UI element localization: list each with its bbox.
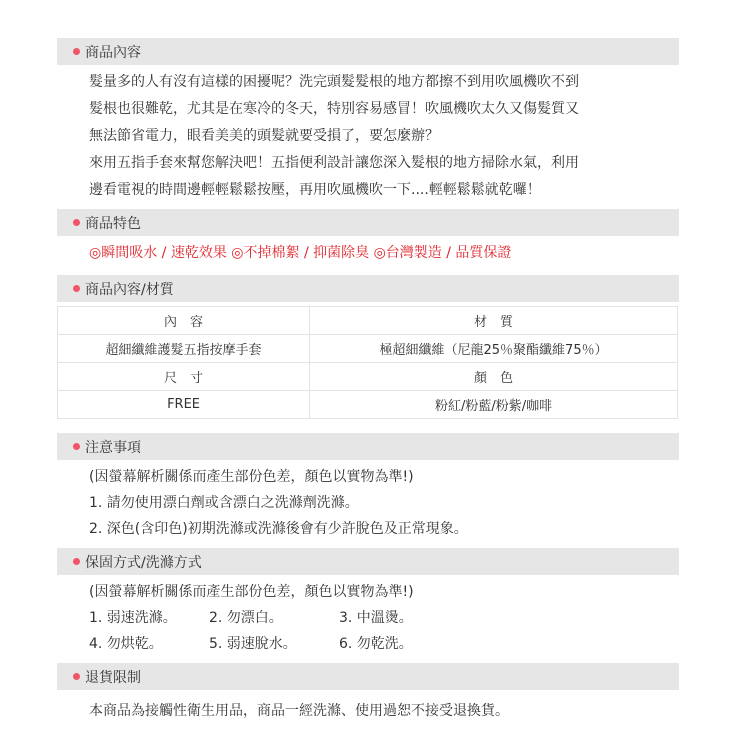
content-line: 來用五指手套來幫您解決吧！五指便利設計讓您深入髮根的地方掃除水氣，利用 xyxy=(89,150,679,177)
care-item: 3. 中溫燙。 xyxy=(339,605,413,631)
product-description: 商品內容 髮量多的人有沒有這樣的困擾呢？洗完頭髮髮根的地方都擦不到用吹風機吹不到… xyxy=(57,38,679,725)
section-title: 退貨限制 xyxy=(85,667,141,687)
features-text: ◎瞬間吸水 / 速乾效果 ◎不掉棉絮 / 抑菌除臭 ◎台灣製造 / 品質保證 xyxy=(57,236,679,275)
content-line: 髮量多的人有沒有這樣的困擾呢？洗完頭髮髮根的地方都擦不到用吹風機吹不到 xyxy=(89,69,679,96)
content-text: 髮量多的人有沒有這樣的困擾呢？洗完頭髮髮根的地方都擦不到用吹風機吹不到 髮根也很… xyxy=(57,65,679,209)
table-row: FREE 粉紅/粉藍/粉紫/咖啡 xyxy=(58,391,678,419)
table-row: 尺 寸 顏 色 xyxy=(58,363,678,391)
bullet-dot-icon xyxy=(73,673,80,680)
table-cell: 顏 色 xyxy=(310,363,678,391)
table-cell: 尺 寸 xyxy=(58,363,310,391)
bullet-dot-icon xyxy=(73,285,80,292)
table-cell: 超細纖維護髮五指按摩手套 xyxy=(58,335,310,363)
care-row: 4. 勿烘乾。 5. 弱速脫水。 6. 勿乾洗。 xyxy=(89,631,679,657)
section-header-material: 商品內容/材質 xyxy=(57,275,679,302)
care-note: (因螢幕解析關係而產生部份色差，顏色以實物為準!) xyxy=(89,579,679,605)
table-cell: 極超細纖維（尼龍25％聚酯纖維75％） xyxy=(310,335,678,363)
section-title: 商品內容/材質 xyxy=(85,279,174,299)
returns-text: 本商品為接觸性衛生用品，商品一經洗滌、使用過恕不接受退換貨。 xyxy=(57,690,679,725)
care-item: 5. 弱速脫水。 xyxy=(209,631,339,657)
section-header-content: 商品內容 xyxy=(57,38,679,65)
section-title: 注意事項 xyxy=(85,437,141,457)
content-line: 邊看電視的時間邊輕輕鬆鬆按壓，再用吹風機吹一下....輕輕鬆鬆就乾囉！ xyxy=(89,177,679,204)
care-item: 6. 勿乾洗。 xyxy=(339,631,413,657)
section-title: 保固方式/洗滌方式 xyxy=(85,552,202,572)
section-header-care: 保固方式/洗滌方式 xyxy=(57,548,679,575)
table-row: 超細纖維護髮五指按摩手套 極超細纖維（尼龍25％聚酯纖維75％） xyxy=(58,335,678,363)
notes-line: 1. 請勿使用漂白劑或含漂白之洗滌劑洗滌。 xyxy=(89,490,679,516)
section-header-notes: 注意事項 xyxy=(57,433,679,460)
content-line: 無法節省電力，眼看美美的頭髮就要受損了，要怎麼辦？ xyxy=(89,123,679,150)
care-item: 4. 勿烘乾。 xyxy=(89,631,209,657)
care-item: 2. 勿漂白。 xyxy=(209,605,339,631)
care-text: (因螢幕解析關係而產生部份色差，顏色以實物為準!) 1. 弱速洗滌。 2. 勿漂… xyxy=(57,575,679,663)
table-row: 內 容 材 質 xyxy=(58,307,678,335)
care-row: 1. 弱速洗滌。 2. 勿漂白。 3. 中溫燙。 xyxy=(89,605,679,631)
table-cell: 內 容 xyxy=(58,307,310,335)
bullet-dot-icon xyxy=(73,48,80,55)
care-item: 1. 弱速洗滌。 xyxy=(89,605,209,631)
material-table: 內 容 材 質 超細纖維護髮五指按摩手套 極超細纖維（尼龍25％聚酯纖維75％）… xyxy=(57,306,678,419)
section-header-features: 商品特色 xyxy=(57,209,679,236)
content-line: 髮根也很難乾，尤其是在寒冷的冬天，特別容易感冒！吹風機吹太久又傷髮質又 xyxy=(89,96,679,123)
table-cell: 材 質 xyxy=(310,307,678,335)
notes-line: 2. 深色(含印色)初期洗滌或洗滌後會有少許脫色及正常現象。 xyxy=(89,516,679,542)
table-cell: FREE xyxy=(58,391,310,419)
section-header-returns: 退貨限制 xyxy=(57,663,679,690)
section-title: 商品特色 xyxy=(85,213,141,233)
notes-line: (因螢幕解析關係而產生部份色差，顏色以實物為準!) xyxy=(89,464,679,490)
bullet-dot-icon xyxy=(73,443,80,450)
table-cell: 粉紅/粉藍/粉紫/咖啡 xyxy=(310,391,678,419)
notes-text: (因螢幕解析關係而產生部份色差，顏色以實物為準!) 1. 請勿使用漂白劑或含漂白… xyxy=(57,460,679,548)
section-title: 商品內容 xyxy=(85,42,141,62)
bullet-dot-icon xyxy=(73,558,80,565)
bullet-dot-icon xyxy=(73,219,80,226)
